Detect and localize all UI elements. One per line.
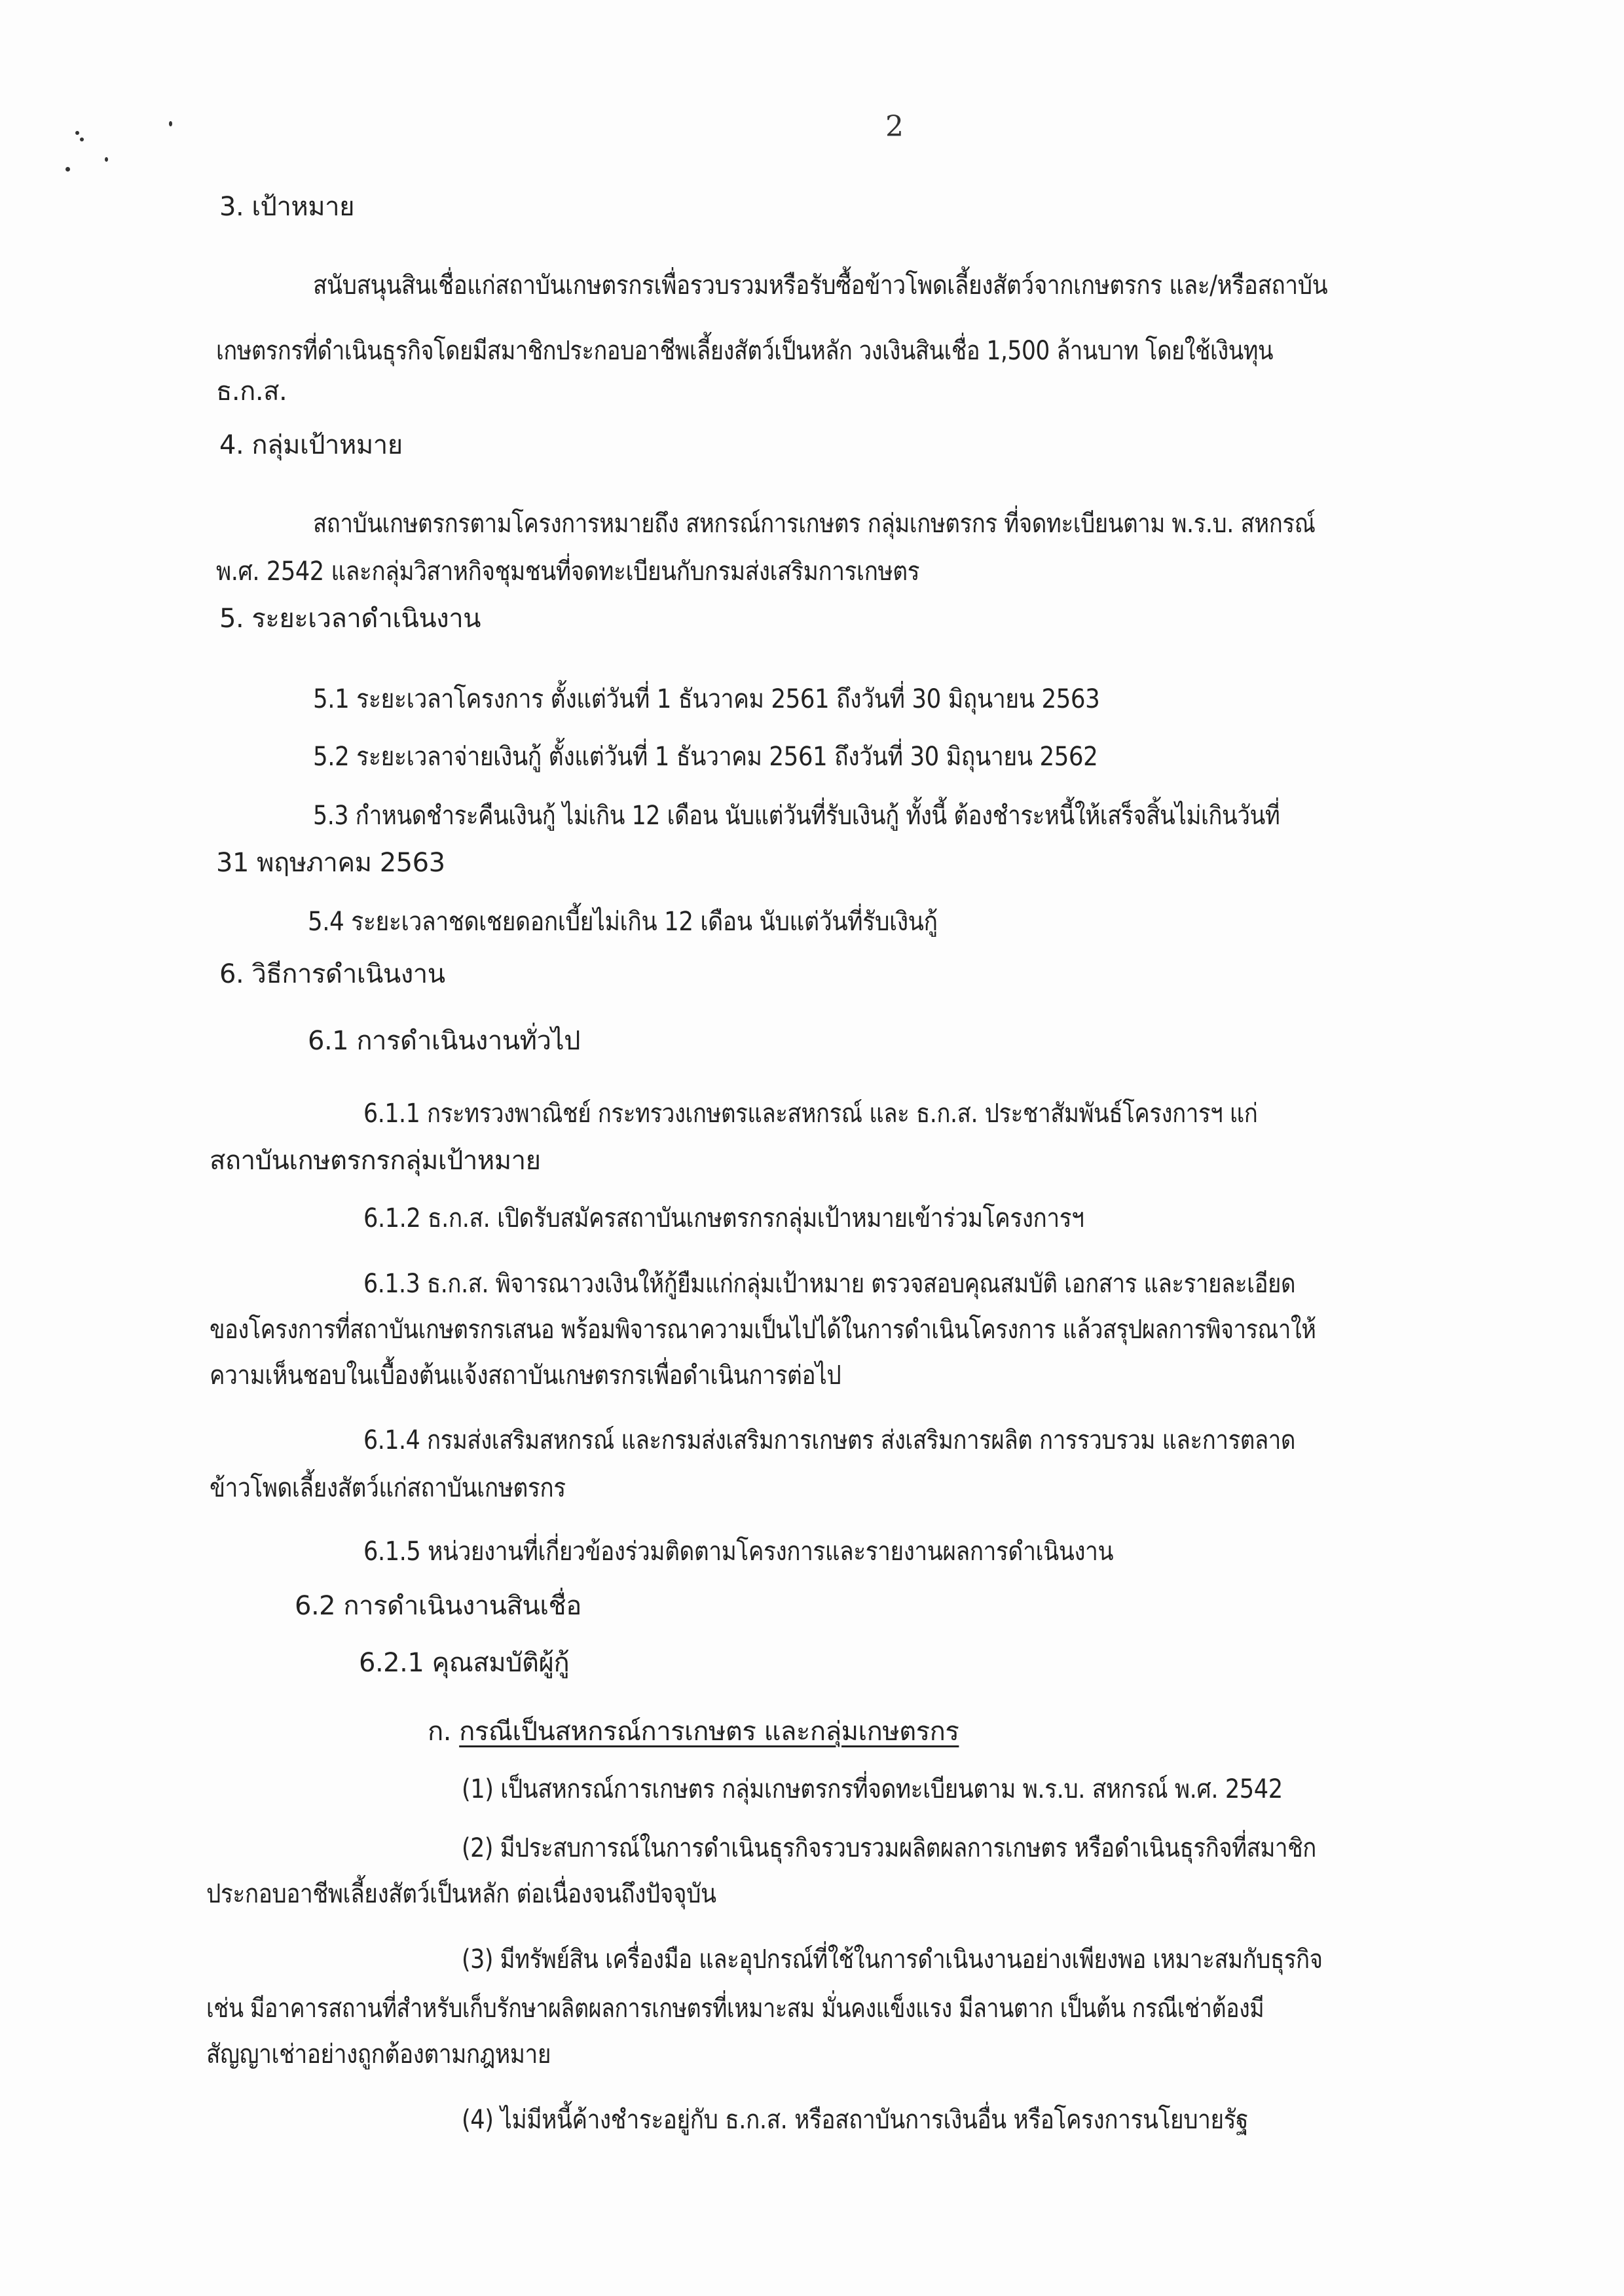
subsection-heading: 6.1 การดำเนินงานทั่วไป — [308, 1023, 580, 1059]
paragraph-line: พ.ศ. 2542 และกลุ่มวิสาหกิจชุมชนที่จดทะเบ… — [216, 553, 919, 590]
page-number: 2 — [885, 110, 904, 143]
list-item: 5.2 ระยะเวลาจ่ายเงินกู้ ตั้งแต่วันที่ 1 … — [313, 738, 1098, 775]
list-item-continuation: ความเห็นชอบในเบื้องต้นแจ้งสถาบันเกษตรกรเ… — [210, 1357, 841, 1394]
list-item: 6.1.1 กระทรวงพาณิชย์ กระทรวงเกษตรและสหกร… — [363, 1095, 1257, 1132]
case-prefix: ก. — [428, 1717, 451, 1747]
section-heading-goal: 3. เป้าหมาย — [219, 189, 354, 225]
section-heading-duration: 5. ระยะเวลาดำเนินงาน — [219, 600, 481, 637]
list-item-continuation: ข้าวโพดเลี้ยงสัตว์แก่สถาบันเกษตรกร — [210, 1470, 566, 1506]
subsection-heading: 6.2 การดำเนินงานสินเชื่อ — [295, 1588, 581, 1624]
list-item: 6.1.4 กรมส่งเสริมสหกรณ์ และกรมส่งเสริมกา… — [363, 1422, 1295, 1459]
list-item: (2) มีประสบการณ์ในการดำเนินธุรกิจรวบรวมผ… — [462, 1830, 1316, 1867]
case-heading: ก. กรณีเป็นสหกรณ์การเกษตร และกลุ่มเกษตรก… — [428, 1713, 959, 1750]
list-item-continuation: ของโครงการที่สถาบันเกษตรกรเสนอ พร้อมพิจา… — [210, 1311, 1316, 1348]
section-heading-methods: 6. วิธีการดำเนินงาน — [219, 956, 445, 993]
list-item-continuation: เช่น มีอาคารสถานที่สำหรับเก็บรักษาผลิตผล… — [206, 1990, 1264, 2027]
paragraph-line: ธ.ก.ส. — [216, 373, 287, 410]
list-item-continuation: 31 พฤษภาคม 2563 — [216, 845, 445, 881]
scan-speck — [75, 131, 79, 135]
paragraph-line: เกษตรกรที่ดำเนินธุรกิจโดยมีสมาชิกประกอบอ… — [216, 333, 1273, 369]
case-title: กรณีเป็นสหกรณ์การเกษตร และกลุ่มเกษตรกร — [459, 1717, 959, 1747]
list-item: 6.1.5 หน่วยงานที่เกี่ยวข้องร่วมติดตามโคร… — [363, 1533, 1113, 1570]
list-item: (1) เป็นสหกรณ์การเกษตร กลุ่มเกษตรกรที่จด… — [462, 1771, 1283, 1808]
paragraph-line: สนับสนุนสินเชื่อแก่สถาบันเกษตรกรเพื่อรวบ… — [313, 267, 1327, 304]
scan-speck — [80, 137, 84, 141]
list-item: 5.4 ระยะเวลาชดเชยดอกเบี้ยไม่เกิน 12 เดือ… — [308, 903, 938, 940]
list-item-continuation: สัญญาเช่าอย่างถูกต้องตามกฎหมาย — [206, 2036, 551, 2073]
list-item-continuation: ประกอบอาชีพเลี้ยงสัตว์เป็นหลัก ต่อเนื่อง… — [206, 1876, 716, 1912]
scan-speck — [65, 167, 70, 172]
list-item: 6.1.3 ธ.ก.ส. พิจารณาวงเงินให้กู้ยืมแก่กล… — [363, 1266, 1295, 1302]
document-page: 2 3. เป้าหมาย สนับสนุนสินเชื่อแก่สถาบันเ… — [0, 0, 1624, 2296]
section-heading-target-group: 4. กลุ่มเป้าหมาย — [219, 427, 403, 464]
scan-speck — [105, 157, 108, 162]
list-item: 6.1.2 ธ.ก.ส. เปิดรับสมัครสถาบันเกษตรกรกล… — [363, 1200, 1084, 1237]
list-item: (3) มีทรัพย์สิน เครื่องมือ และอุปกรณ์ที่… — [462, 1941, 1323, 1978]
paragraph-line: สถาบันเกษตรกรตามโครงการหมายถึง สหกรณ์การ… — [313, 505, 1316, 542]
scan-speck — [169, 121, 172, 126]
list-item-continuation: สถาบันเกษตรกรกลุ่มเป้าหมาย — [210, 1142, 541, 1179]
list-item: (4) ไม่มีหนี้ค้างชำระอยู่กับ ธ.ก.ส. หรือ… — [462, 2102, 1248, 2138]
subsection-heading: 6.2.1 คุณสมบัติผู้กู้ — [359, 1645, 569, 1681]
list-item: 5.1 ระยะเวลาโครงการ ตั้งแต่วันที่ 1 ธันว… — [313, 681, 1099, 718]
list-item: 5.3 กำหนดชำระคืนเงินกู้ ไม่เกิน 12 เดือน… — [313, 797, 1280, 834]
